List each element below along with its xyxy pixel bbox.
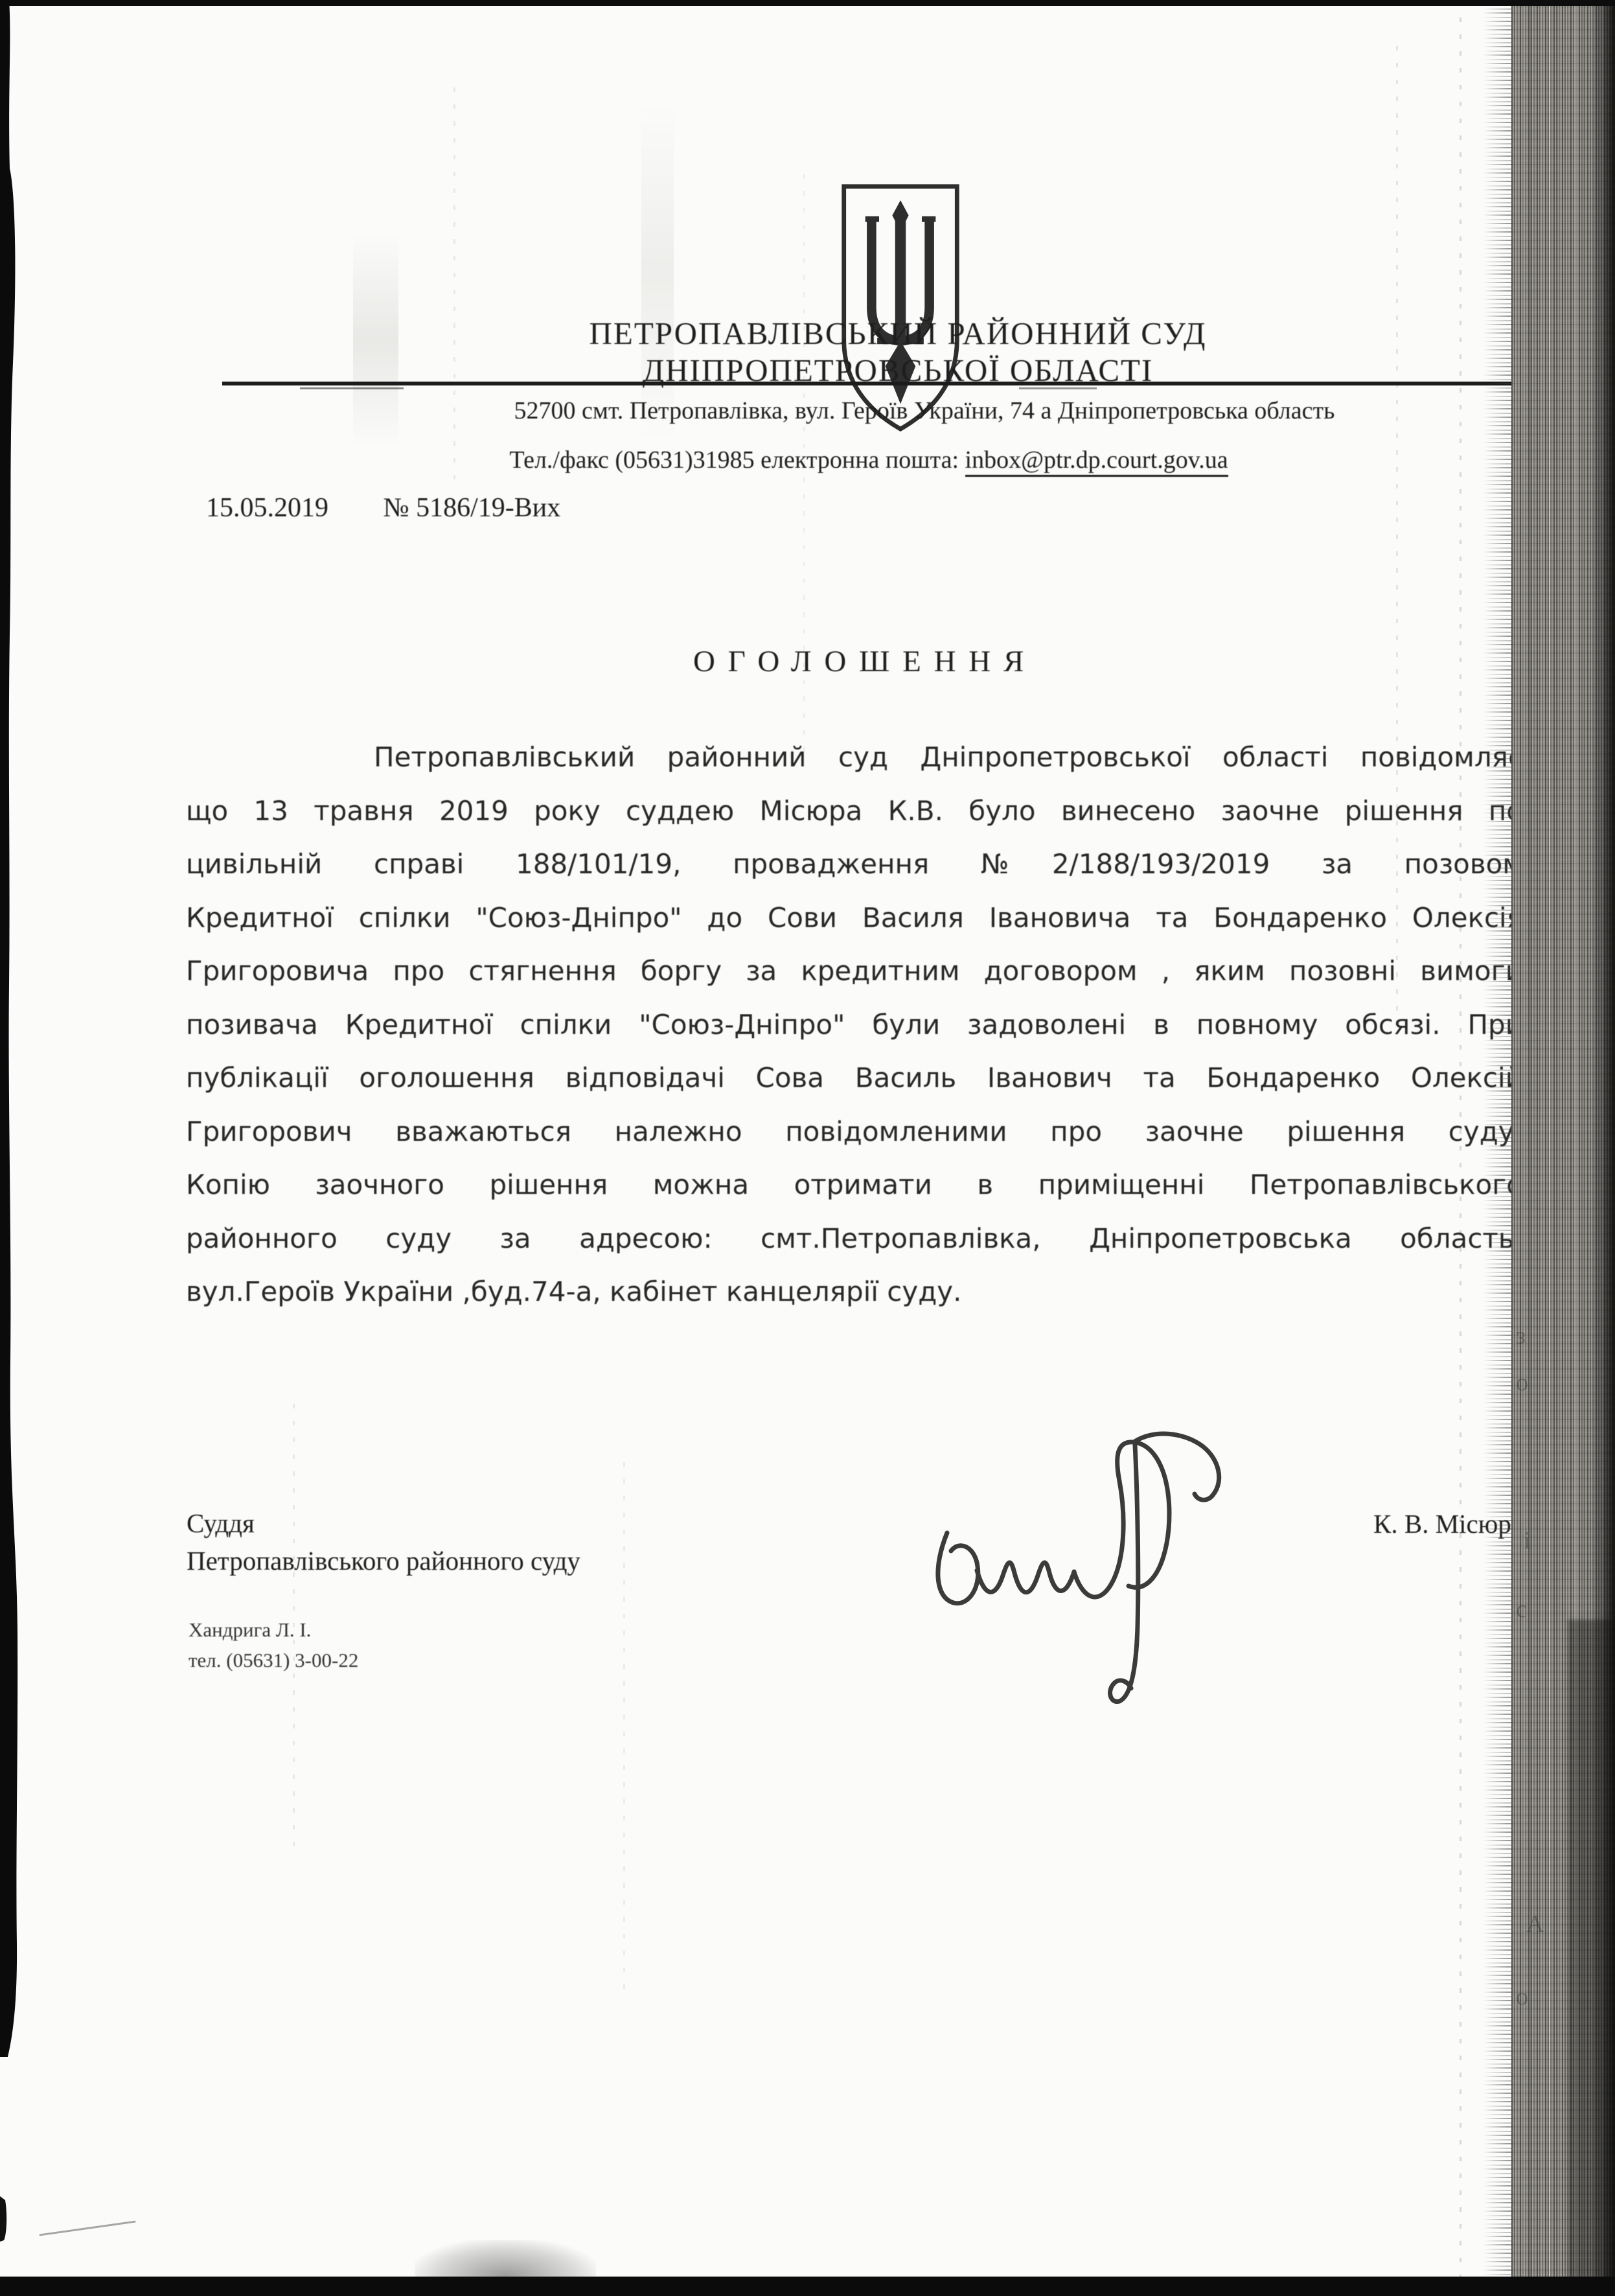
body-line: Копію заочного рішення можна отримати в … — [186, 1158, 1523, 1212]
scan-binding-band-edge — [1483, 0, 1513, 2296]
bleed-fragment: А — [1526, 1910, 1544, 1938]
document-date: 15.05.2019 — [206, 493, 328, 523]
body-line: що 13 травня 2019 року суддею Місюра К.В… — [186, 785, 1523, 838]
clerk-block: Хандрига Л. І. тел. (05631) 3-00-22 — [189, 1614, 358, 1675]
scanned-court-announcement: ПЕТРОПАВЛІВСЬКИЙ РАЙОННИЙ СУД ДНІПРОПЕТР… — [0, 0, 1615, 2296]
court-contact-line: Тел./факс (05631)31985 електронна пошта:… — [221, 446, 1517, 474]
scan-binding-band-shadow — [1568, 1620, 1615, 2296]
scan-edge-bottom — [0, 2277, 1615, 2296]
court-email: inbox@ptr.dp.court.gov.ua — [965, 446, 1228, 477]
bleed-fragment: з — [1516, 1322, 1526, 1350]
body-line: цивільній справі 188/101/19, провадження… — [186, 838, 1523, 891]
court-name-line1: ПЕТРОПАВЛІВСЬКИЙ РАЙОННИЙ СУД — [464, 315, 1332, 352]
judge-signature — [920, 1419, 1257, 1723]
body-line: Григоровича про стягнення боргу за креди… — [186, 945, 1523, 998]
scan-scratch — [40, 2221, 136, 2236]
document-number: № 5186/19-Вих — [384, 493, 561, 523]
body-line: Кредитної спілки "Союз-Дніпро" до Сови В… — [186, 891, 1523, 945]
scan-edge-top — [0, 0, 1615, 6]
bleed-fragment: о — [1516, 1982, 1528, 2011]
body-line: Григорович вважаються належно повідомлен… — [186, 1105, 1523, 1159]
body-line: позивача Кредитної спілки "Союз-Дніпро" … — [186, 998, 1523, 1052]
bleed-fragment: с — [1516, 1595, 1527, 1624]
body-line: вул.Героїв України ,буд.74-а, кабінет ка… — [186, 1265, 1523, 1319]
document-title: ОГОЛОШЕННЯ — [217, 644, 1513, 679]
clerk-phone: тел. (05631) 3-00-22 — [189, 1645, 358, 1675]
judge-role-line1: Суддя — [187, 1504, 580, 1542]
scan-edge-left — [0, 0, 26, 2296]
scan-smudge — [415, 2240, 596, 2277]
body-line: районного суду за адресою: смт.Петропавл… — [186, 1212, 1523, 1266]
court-address: 52700 смт. Петропавлівка, вул. Героїв Ук… — [277, 396, 1572, 425]
scan-streak — [623, 1458, 625, 1989]
clerk-name: Хандрига Л. І. — [189, 1614, 358, 1645]
judge-role-line2: Петропавлівського районного суду — [187, 1542, 580, 1579]
contact-prefix: Тел./факс (05631)31985 електронна пошта: — [509, 446, 965, 474]
letterhead-rule — [222, 382, 1515, 385]
bleed-fragment: і — [1524, 1526, 1531, 1555]
scan-streak — [641, 104, 674, 441]
body-line: публікації оголошення відповідачі Сова В… — [186, 1051, 1523, 1105]
judge-role: Суддя Петропавлівського районного суду — [187, 1504, 580, 1579]
reference-line: 15.05.2019 № 5186/19-Вих — [206, 492, 560, 523]
bleed-fragment: о — [1516, 1368, 1528, 1397]
body-line: Петропавлівський районний суд Дніпропетр… — [186, 731, 1523, 785]
announcement-body: Петропавлівський районний суд Дніпропетр… — [186, 731, 1523, 1319]
